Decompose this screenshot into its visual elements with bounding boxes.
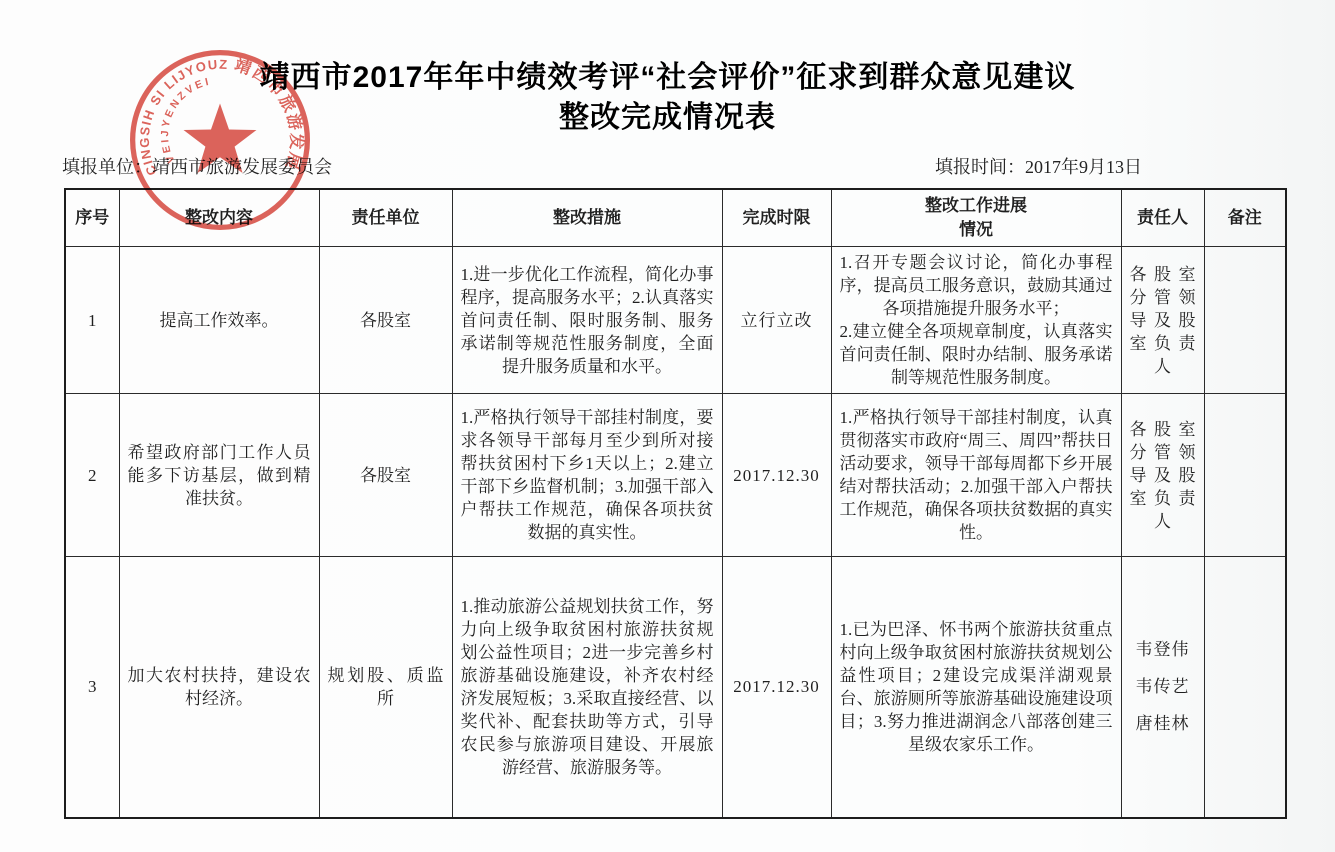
cell-remark xyxy=(1204,557,1286,818)
scanned-document-page: 靖西市2017年年中绩效考评“社会评价”征求到群众意见建议 整改完成情况表 填报… xyxy=(0,0,1335,852)
cell-seq: 1 xyxy=(65,247,119,394)
cell-unit: 各股室 xyxy=(328,464,444,487)
header-deadline: 完成时限 xyxy=(722,189,831,247)
cell-unit: 规划股、质监所 xyxy=(328,664,444,710)
cell-person: 各股室分管领导及股室负责人 xyxy=(1130,263,1196,378)
cell-deadline: 2017.12.30 xyxy=(731,464,823,487)
table-header-row: 序号 整改内容 责任单位 整改措施 完成时限 整改工作进展 情况 责任人 备注 xyxy=(65,189,1286,247)
report-time-label: 填报时间：2017年9月13日 xyxy=(935,153,1142,179)
header-measures: 整改措施 xyxy=(452,189,722,247)
cell-deadline: 2017.12.30 xyxy=(731,675,823,698)
header-content: 整改内容 xyxy=(119,189,319,247)
header-person: 责任人 xyxy=(1121,189,1204,247)
cell-remark xyxy=(1204,247,1286,394)
cell-remark xyxy=(1204,394,1286,557)
header-seq: 序号 xyxy=(65,189,119,247)
table-row: 3 加大农村扶持，建设农村经济。 规划股、质监所 1.推动旅游公益规划扶贫工作，… xyxy=(65,557,1286,818)
header-progress: 整改工作进展 情况 xyxy=(831,189,1121,247)
cell-seq: 3 xyxy=(65,557,119,818)
cell-seq: 2 xyxy=(65,394,119,557)
cell-measures: 1.严格执行领导干部挂村制度，要求各领导干部每月至少到所对接帮扶贫困村下乡1天以… xyxy=(461,406,714,544)
cell-content: 提高工作效率。 xyxy=(128,309,311,332)
cell-person: 韦登伟 韦传艺 唐桂林 xyxy=(1130,631,1196,742)
header-unit: 责任单位 xyxy=(319,189,452,247)
cell-content: 希望政府部门工作人员能多下访基层，做到精准扶贫。 xyxy=(128,441,311,510)
cell-person: 各股室分管领导及股室负责人 xyxy=(1130,418,1196,533)
cell-measures: 1.推动旅游公益规划扶贫工作，努力向上级争取贫困村旅游扶贫规划公益性项目；2进一… xyxy=(461,595,714,779)
cell-content: 加大农村扶持，建设农村经济。 xyxy=(128,664,311,710)
cell-progress: 1.召开专题会议讨论，简化办事程序，提高员工服务意识，鼓励其通过各项措施提升服务… xyxy=(840,251,1113,389)
title-line-1: 靖西市2017年年中绩效考评“社会评价”征求到群众意见建议 xyxy=(0,58,1335,98)
cell-unit: 各股室 xyxy=(328,309,444,332)
report-unit-label: 填报单位：靖西市旅游发展委员会 xyxy=(62,153,332,179)
cell-progress: 1.已为巴泽、怀书两个旅游扶贫重点村向上级争取贫困村旅游扶贫规划公益性项目；2建… xyxy=(840,618,1113,756)
cell-progress: 1.严格执行领导干部挂村制度，认真贯彻落实市政府“周三、周四”帮扶日活动要求，领… xyxy=(840,406,1113,544)
table-row: 2 希望政府部门工作人员能多下访基层，做到精准扶贫。 各股室 1.严格执行领导干… xyxy=(65,394,1286,557)
table-row: 1 提高工作效率。 各股室 1.进一步优化工作流程，简化办事程序，提高服务水平；… xyxy=(65,247,1286,394)
title-line-2: 整改完成情况表 xyxy=(0,98,1335,138)
rectification-table: 序号 整改内容 责任单位 整改措施 完成时限 整改工作进展 情况 责任人 备注 … xyxy=(64,188,1287,819)
cell-measures: 1.进一步优化工作流程，简化办事程序，提高服务水平；2.认真落实首问责任制、限时… xyxy=(461,263,714,378)
header-remark: 备注 xyxy=(1204,189,1286,247)
document-title: 靖西市2017年年中绩效考评“社会评价”征求到群众意见建议 整改完成情况表 xyxy=(0,58,1335,138)
cell-deadline: 立行立改 xyxy=(731,309,823,332)
